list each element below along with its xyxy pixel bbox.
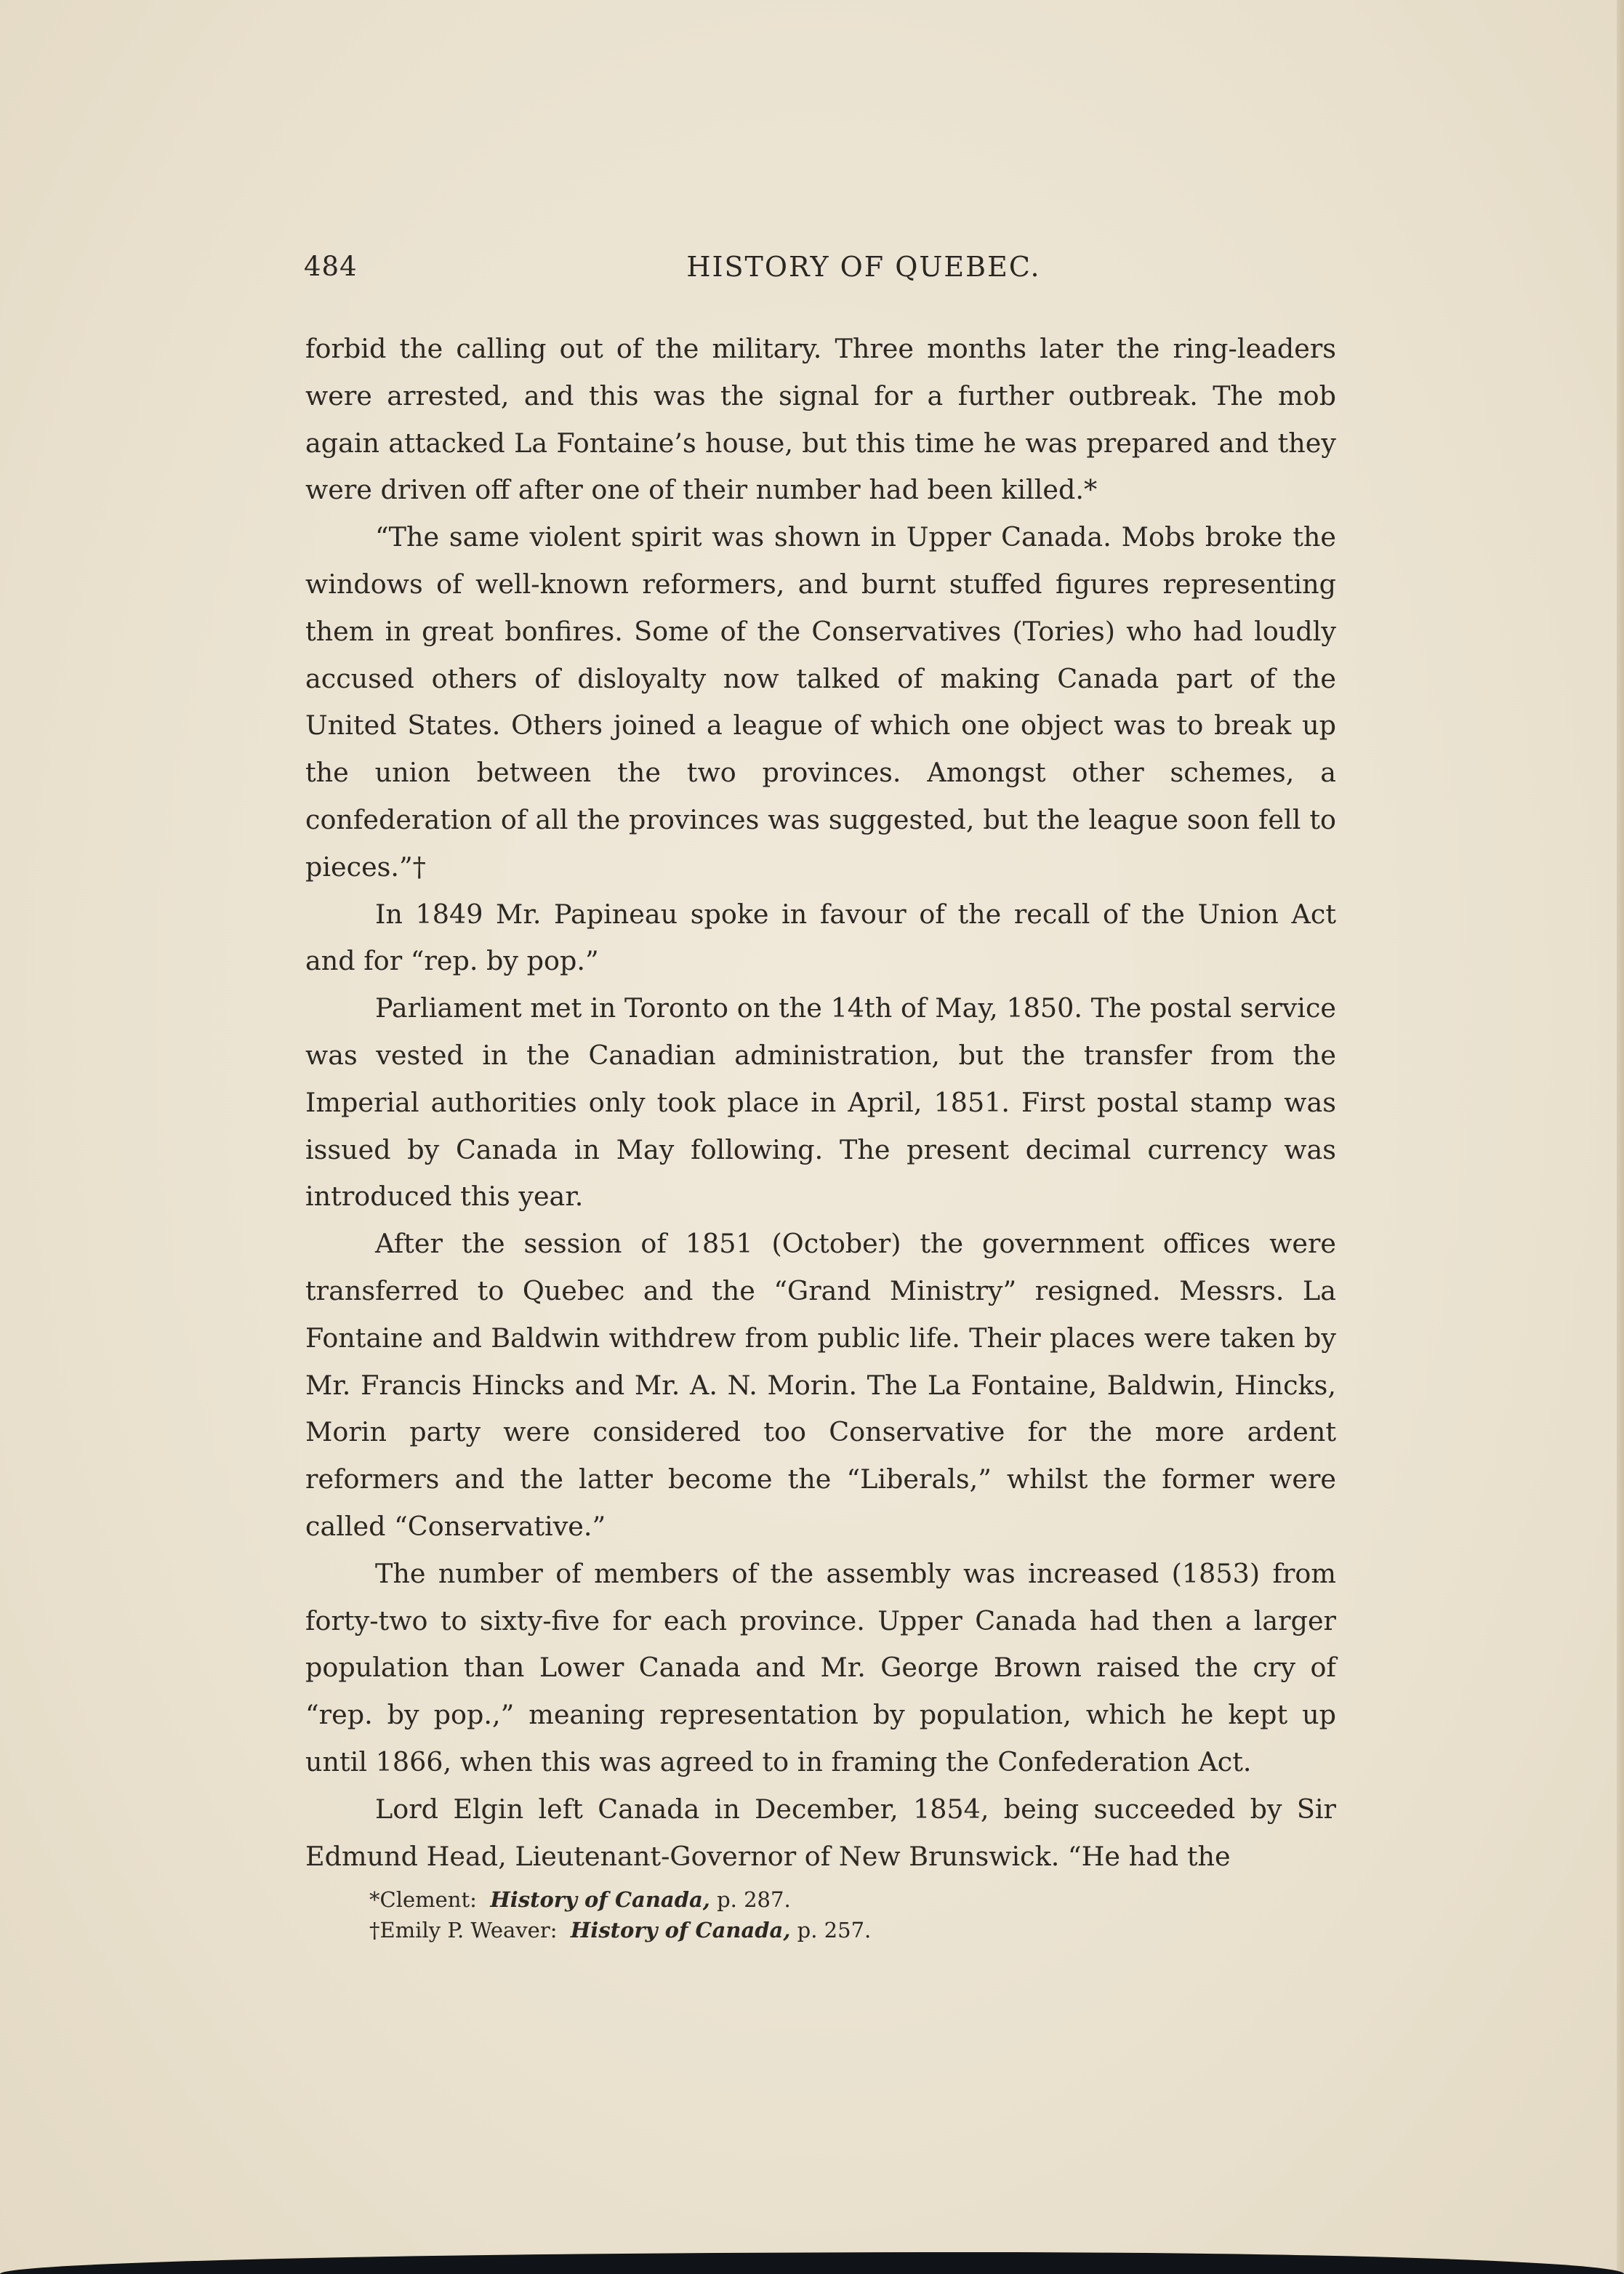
- page-header: 484 HISTORY OF QUEBEC.: [304, 251, 1336, 294]
- footnote-page: p. 257.: [797, 1918, 872, 1942]
- footnote: †Emily P. Weaver: History of Canada, p. …: [369, 1915, 1242, 1945]
- body-text: forbid the calling out of the military. …: [305, 326, 1336, 1880]
- footnote-page: p. 287.: [717, 1887, 791, 1912]
- footnotes: *Clement: History of Canada, p. 287. †Em…: [369, 1884, 1242, 1945]
- paragraph: “The same violent spirit was shown in Up…: [305, 514, 1336, 891]
- paragraph: forbid the calling out of the military. …: [305, 326, 1336, 514]
- footnote-marker: *: [369, 1887, 380, 1912]
- footnote-author: Clement:: [380, 1887, 477, 1912]
- paragraph: After the session of 1851 (October) the …: [305, 1221, 1336, 1551]
- footnote-author: Emily P. Weaver:: [380, 1918, 558, 1942]
- footnote-marker: †: [369, 1918, 380, 1942]
- page-edge: [1617, 0, 1624, 2274]
- paragraph: In 1849 Mr. Papineau spoke in favour of …: [305, 891, 1336, 986]
- footnote-title: History of Canada,: [571, 1918, 791, 1942]
- footnote: *Clement: History of Canada, p. 287.: [369, 1884, 1242, 1915]
- book-page: 484 HISTORY OF QUEBEC. forbid the callin…: [0, 0, 1624, 2274]
- paragraph: The number of members of the assembly wa…: [305, 1551, 1336, 1786]
- scan-shadow: [0, 2252, 1624, 2274]
- running-title: HISTORY OF QUEBEC.: [304, 251, 1336, 283]
- paragraph: Lord Elgin left Canada in December, 1854…: [305, 1786, 1336, 1881]
- footnote-title: History of Canada,: [490, 1887, 710, 1912]
- paragraph: Parliament met in Toronto on the 14th of…: [305, 985, 1336, 1221]
